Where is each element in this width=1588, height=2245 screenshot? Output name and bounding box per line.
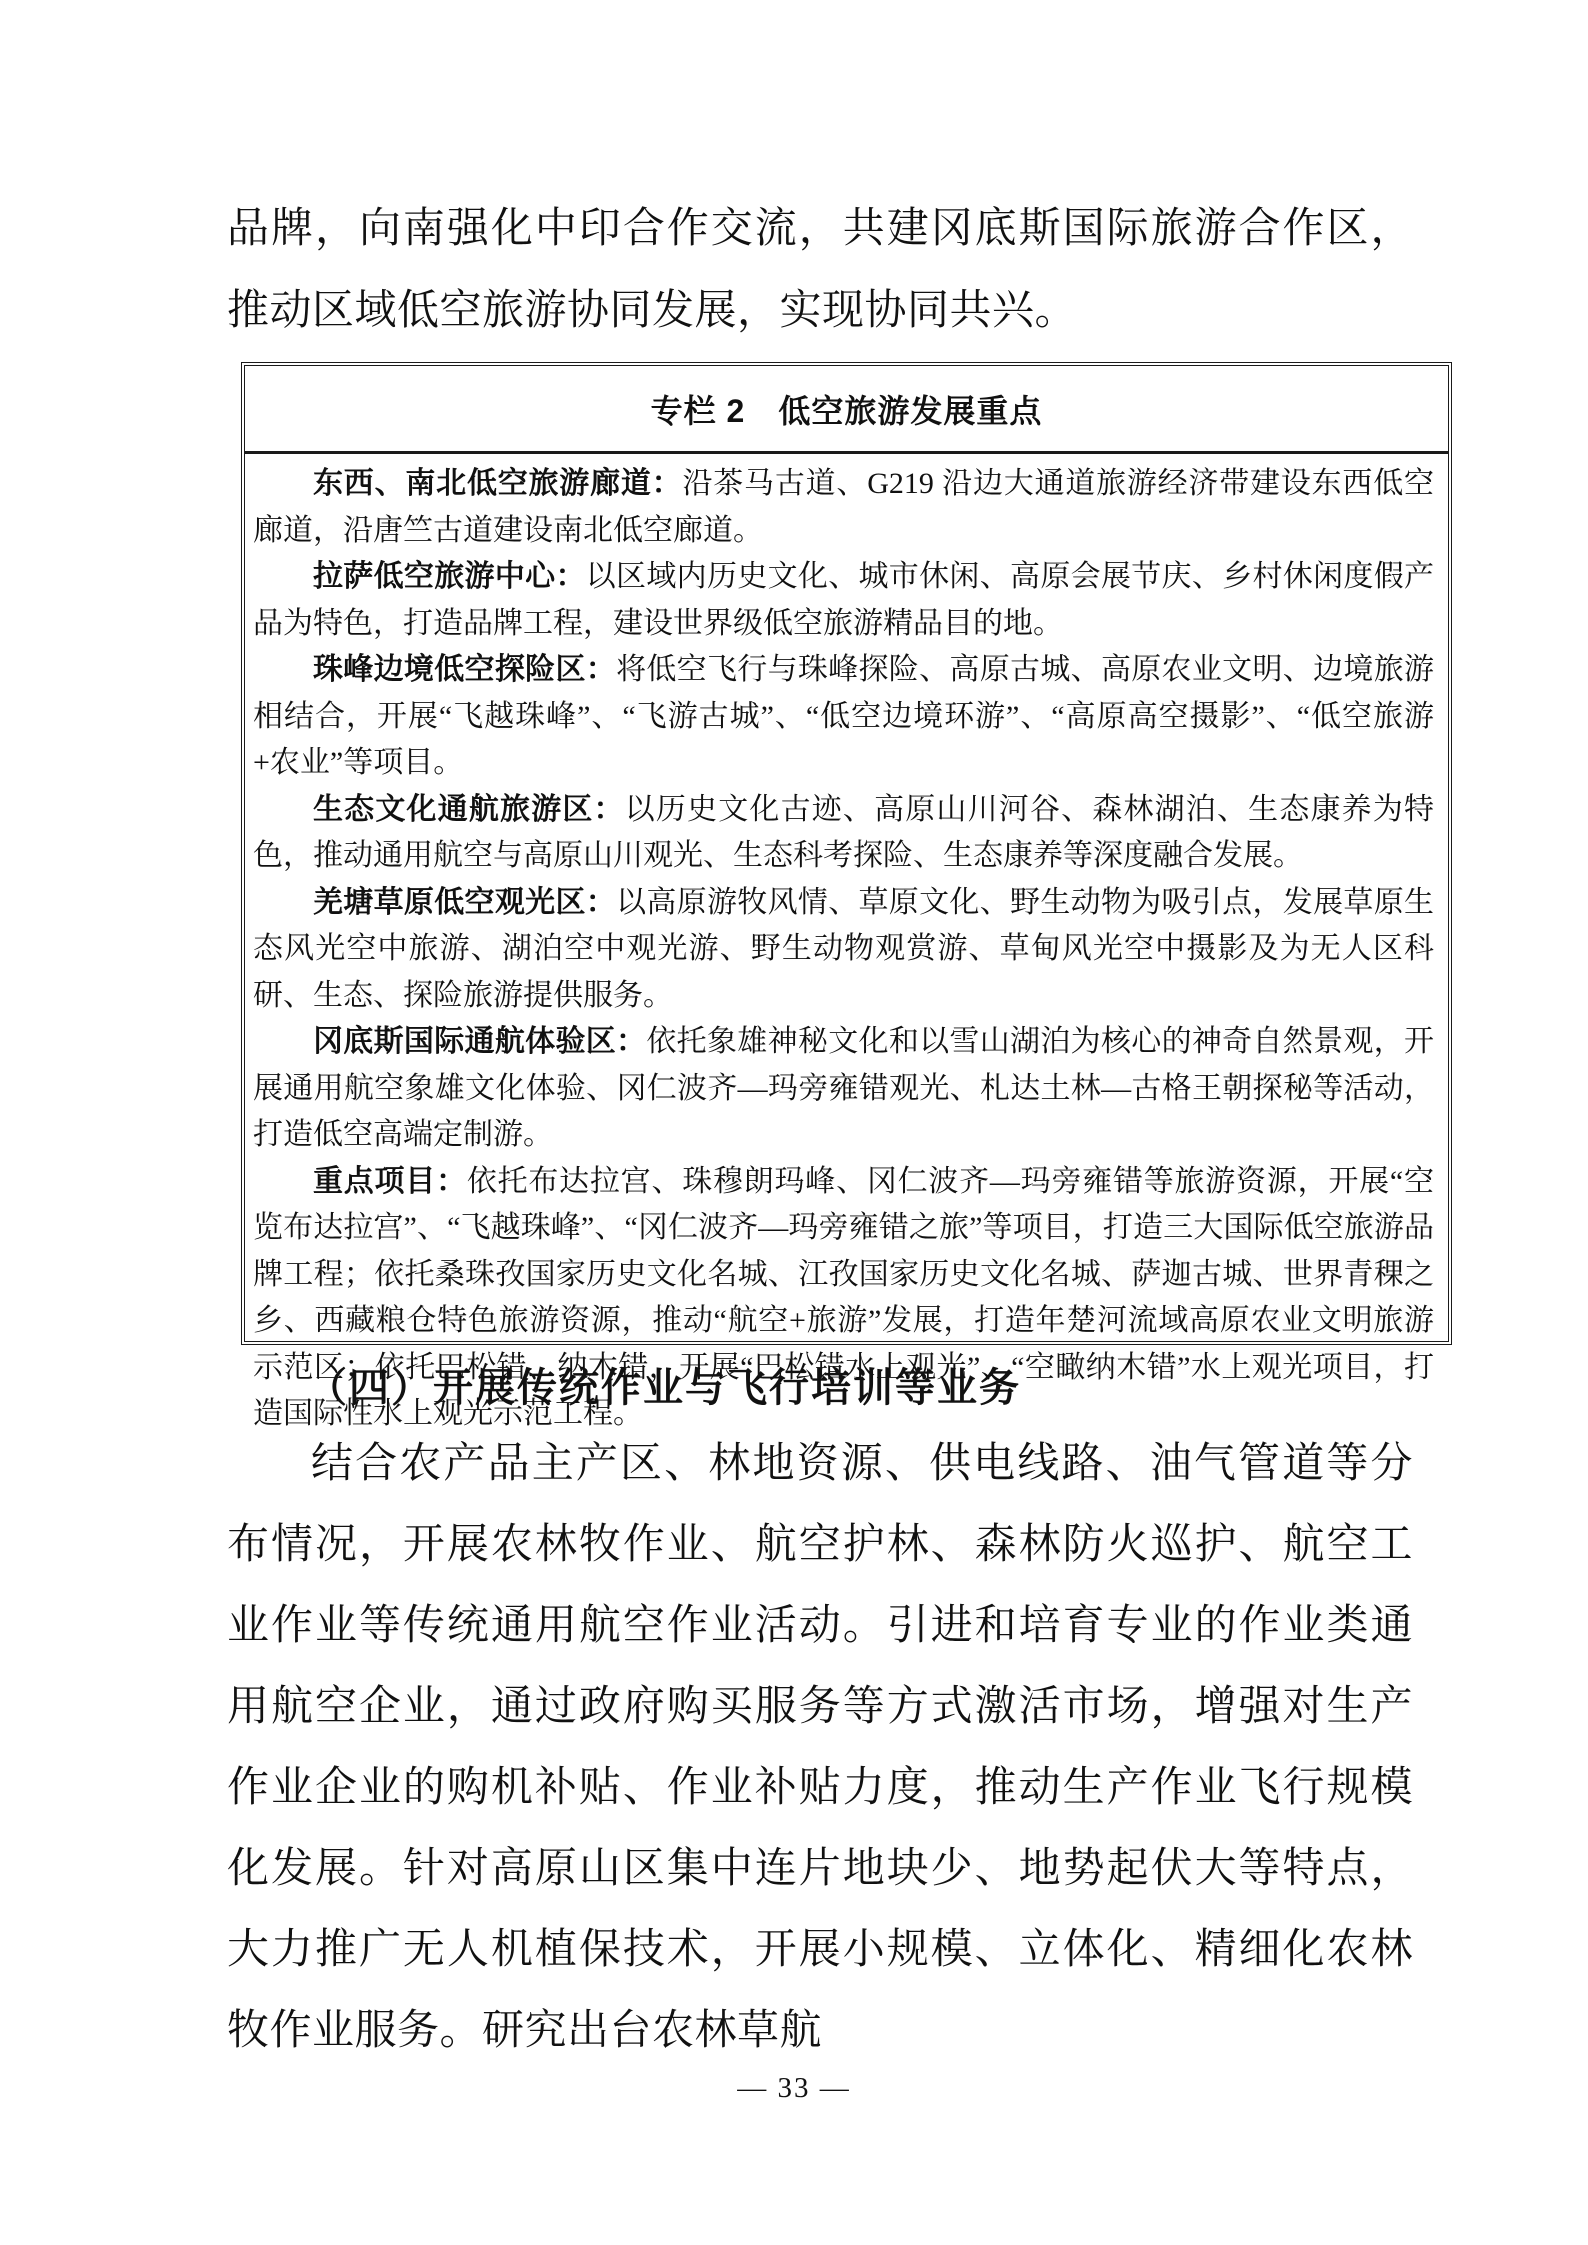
box-paragraph: 珠峰边境低空探险区：将低空飞行与珠峰探险、高原古城、高原农业文明、边境旅游相结合…: [253, 647, 1434, 787]
box-paragraph-lead: 生态文化通航旅游区：: [313, 793, 625, 826]
box-paragraph: 东西、南北低空旅游廊道：沿茶马古道、G219 沿边大通道旅游经济带建设东西低空廊…: [253, 461, 1434, 554]
box-paragraph-lead: 东西、南北低空旅游廊道：: [313, 467, 682, 500]
box-paragraph-lead: 重点项目：: [313, 1165, 467, 1198]
document-page: 品牌，向南强化中印合作交流，共建冈底斯国际旅游合作区，推动区域低空旅游协同发展，…: [0, 0, 1588, 2245]
section-heading: （四）开展传统作业与飞行培训等业务: [227, 1356, 1413, 1413]
box-paragraph-lead: 拉萨低空旅游中心：: [313, 560, 586, 593]
box-paragraph-lead: 冈底斯国际通航体验区：: [313, 1025, 646, 1058]
box-paragraph-lead: 羌塘草原低空观光区：: [313, 886, 616, 919]
page-number: — 33 —: [0, 2072, 1588, 2105]
box-paragraph: 生态文化通航旅游区：以历史文化古迹、高原山川河谷、森林湖泊、生态康养为特色，推动…: [253, 787, 1434, 880]
column-box-content: 东西、南北低空旅游廊道：沿茶马古道、G219 沿边大通道旅游经济带建设东西低空廊…: [245, 454, 1448, 1444]
column-box: 专栏 2 低空旅游发展重点 东西、南北低空旅游廊道：沿茶马古道、G219 沿边大…: [241, 362, 1452, 1345]
column-box-title-row: 专栏 2 低空旅游发展重点: [245, 366, 1448, 454]
box-paragraph-lead: 珠峰边境低空探险区：: [313, 653, 616, 686]
box-paragraph: 冈底斯国际通航体验区：依托象雄神秘文化和以雪山湖泊为核心的神奇自然景观，开展通用…: [253, 1019, 1434, 1159]
body-paragraph: 结合农产品主产区、林地资源、供电线路、油气管道等分布情况，开展农林牧作业、航空护…: [227, 1424, 1413, 2072]
box-paragraph: 羌塘草原低空观光区：以高原游牧风情、草原文化、野生动物为吸引点，发展草原生态风光…: [253, 880, 1434, 1020]
intro-paragraph: 品牌，向南强化中印合作交流，共建冈底斯国际旅游合作区，推动区域低空旅游协同发展，…: [227, 188, 1413, 352]
box-paragraph: 拉萨低空旅游中心：以区域内历史文化、城市休闲、高原会展节庆、乡村休闲度假产品为特…: [253, 554, 1434, 647]
column-box-title: 专栏 2 低空旅游发展重点: [651, 386, 1043, 432]
